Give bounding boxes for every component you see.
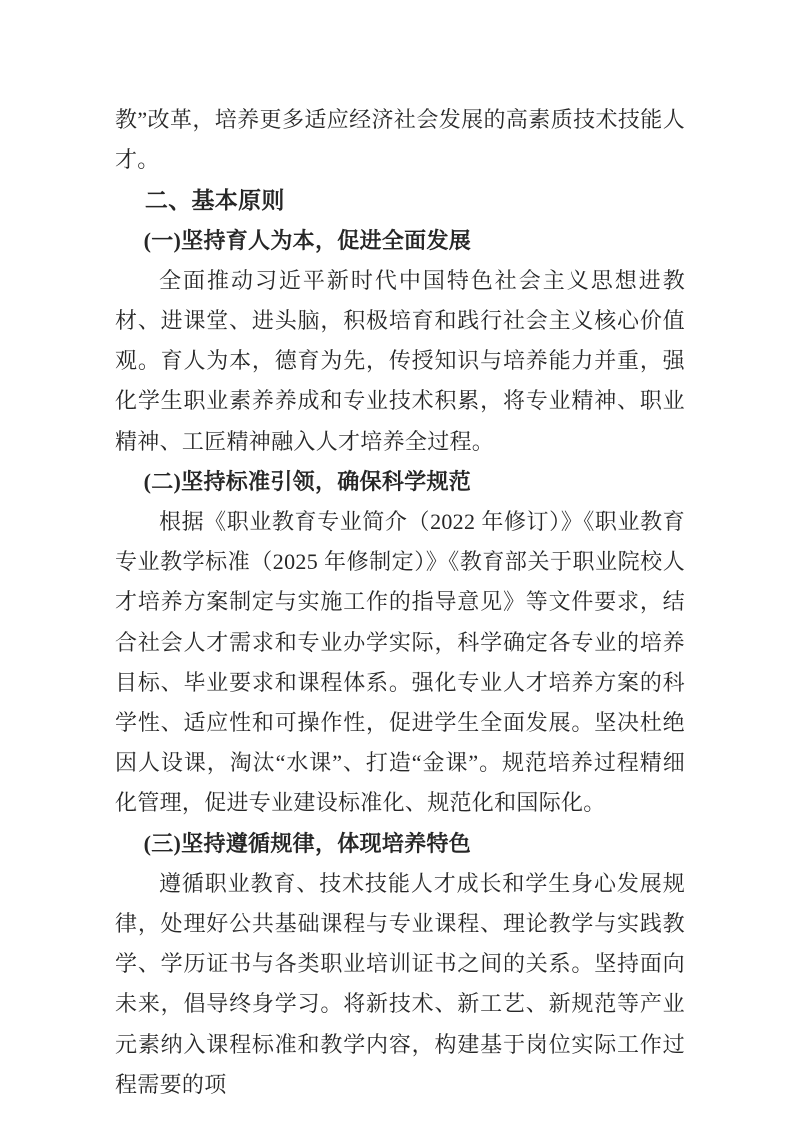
document-page: 教”改革，培养更多适应经济社会发展的高素质技术技能人才。 二、基本原则 (一)坚… [0, 0, 800, 1131]
paragraph-3: 遵循职业教育、技术技能人才成长和学生身心发展规律，处理好公共基础课程与专业课程、… [115, 864, 685, 1105]
sub-heading-3: (三)坚持遵循规律，体现培养特色 [115, 824, 685, 864]
section-heading-basic-principles: 二、基本原则 [115, 180, 685, 220]
paragraph-continuation: 教”改革，培养更多适应经济社会发展的高素质技术技能人才。 [115, 100, 685, 180]
sub-heading-1: (一)坚持育人为本，促进全面发展 [115, 221, 685, 261]
paragraph-1: 全面推动习近平新时代中国特色社会主义思想进教材、进课堂、进头脑，积极培育和践行社… [115, 261, 685, 462]
sub-heading-2: (二)坚持标准引领，确保科学规范 [115, 462, 685, 502]
paragraph-2: 根据《职业教育专业简介（2022 年修订）》《职业教育专业教学标准（2025 年… [115, 502, 685, 824]
